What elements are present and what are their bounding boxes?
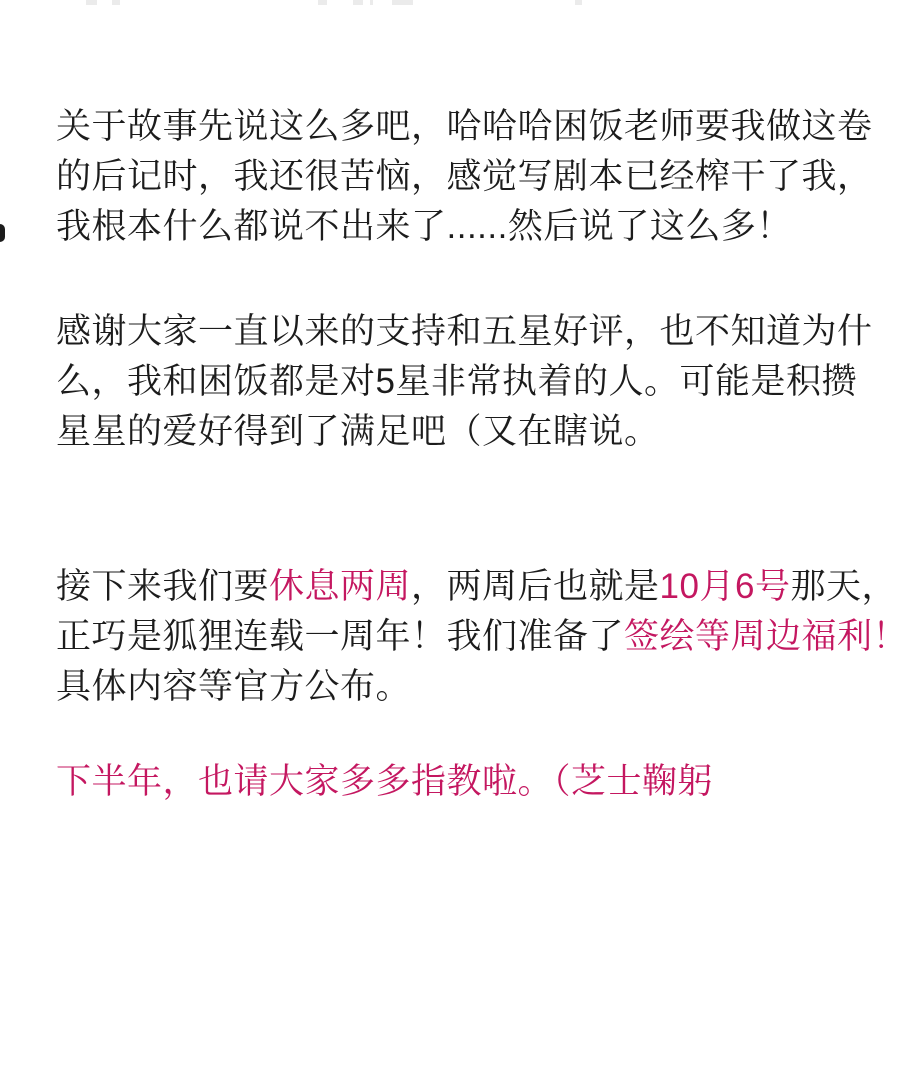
- text-segment: 那天，: [790, 567, 897, 606]
- cropped-glyph-fragment: [370, 0, 373, 5]
- afterword-paragraph-1: 关于故事先说这么多吧，哈哈哈困饭老师要我做这卷 的后记时，我还很苦恼，感觉写剧本…: [56, 102, 873, 252]
- text-segment: 星星的爱好得到了满足吧（又在瞎说。: [56, 412, 660, 451]
- afterword-page: 关于故事先说这么多吧，哈哈哈困饭老师要我做这卷 的后记时，我还很苦恼，感觉写剧本…: [0, 0, 900, 1069]
- text-segment: 我根本什么都说不出来了......然后说了这么多！: [56, 207, 792, 246]
- cropped-glyph-fragment: [86, 0, 97, 5]
- cropped-glyph-fragment: [318, 0, 327, 5]
- text-line: 正巧是狐狸连载一周年！我们准备了签绘等周边福利！: [56, 612, 900, 662]
- cropped-glyph-fragment: [112, 0, 120, 5]
- afterword-paragraph-3: 接下来我们要休息两周，两周后也就是10月6号那天， 正巧是狐狸连载一周年！我们准…: [56, 562, 900, 712]
- text-segment: 接下来我们要: [56, 567, 269, 606]
- text-line: 的后记时，我还很苦恼，感觉写剧本已经榨干了我，: [56, 152, 873, 202]
- text-line: 感谢大家一直以来的支持和五星好评，也不知道为什: [56, 307, 873, 357]
- cropped-glyph-fragment: [392, 0, 413, 5]
- afterword-paragraph-2: 感谢大家一直以来的支持和五星好评，也不知道为什 么，我和困饭都是对5星非常执着的…: [56, 307, 873, 457]
- text-line: 星星的爱好得到了满足吧（又在瞎说。: [56, 407, 873, 457]
- text-line: 接下来我们要休息两周，两周后也就是10月6号那天，: [56, 562, 900, 612]
- text-line: 关于故事先说这么多吧，哈哈哈困饭老师要我做这卷: [56, 102, 873, 152]
- text-segment: 感谢大家一直以来的支持和五星好评，也不知道为什: [56, 312, 873, 351]
- text-line: 么，我和困饭都是对5星非常执着的人。可能是积攒: [56, 357, 873, 407]
- highlight-text-segment: 10月6号: [660, 567, 791, 606]
- text-segment: ，两周后也就是: [411, 567, 660, 606]
- highlight-text-segment: 休息两周: [269, 567, 411, 606]
- text-segment: 关于故事先说这么多吧，哈哈哈困饭老师要我做这卷: [56, 107, 873, 146]
- afterword-closing-line: 下半年，也请大家多多指教啦。（芝士鞠躬: [56, 757, 713, 807]
- text-line: 下半年，也请大家多多指教啦。（芝士鞠躬: [56, 757, 713, 807]
- cropped-glyph-fragment: [353, 0, 363, 5]
- text-segment: 正巧是狐狸连载一周年！我们准备了: [56, 617, 624, 656]
- text-segment: 的后记时，我还很苦恼，感觉写剧本已经榨干了我，: [56, 157, 873, 196]
- text-segment: 么，我和困饭都是对5星非常执着的人。可能是积攒: [56, 362, 857, 401]
- highlight-text-segment: 下半年，也请大家多多指教啦。（芝士鞠躬: [56, 762, 713, 801]
- text-line: 我根本什么都说不出来了......然后说了这么多！: [56, 202, 873, 252]
- cropped-glyph-fragment: [575, 0, 582, 5]
- cropped-glyph-fragment: [0, 224, 5, 242]
- highlight-text-segment: 签绘等周边福利！: [624, 617, 900, 656]
- text-segment: 具体内容等官方公布。: [56, 667, 411, 706]
- text-line: 具体内容等官方公布。: [56, 662, 900, 712]
